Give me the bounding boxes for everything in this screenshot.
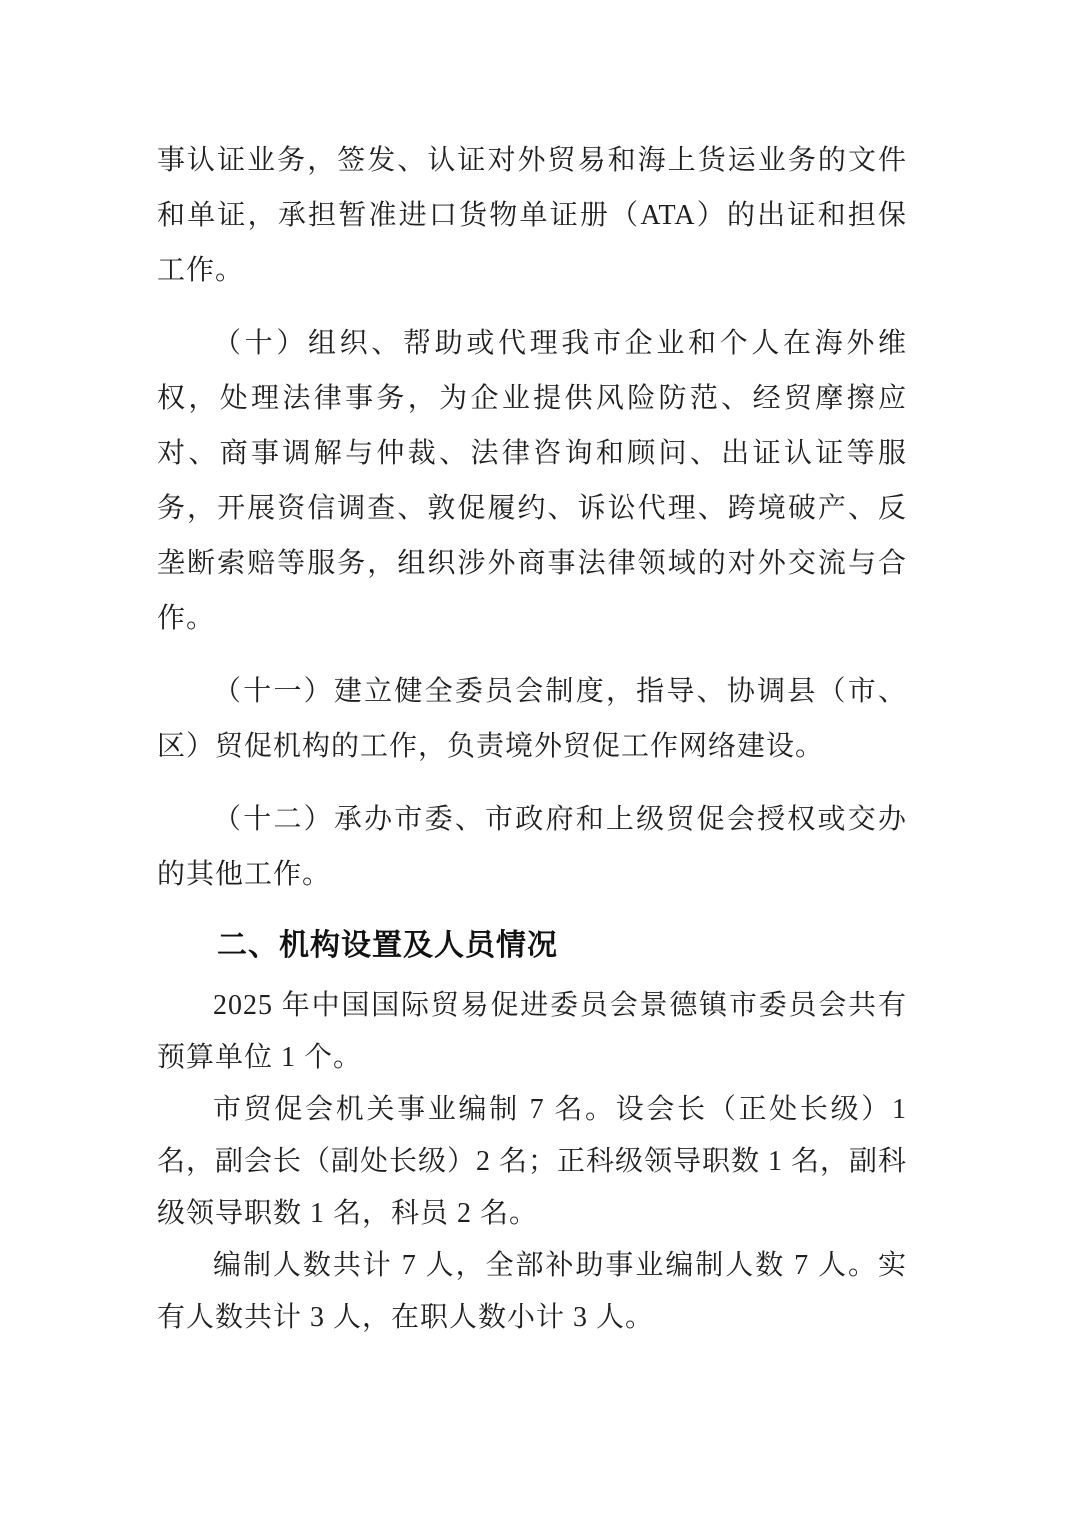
paragraph-item-12: （十二）承办市委、市政府和上级贸促会授权或交办的其他工作。 <box>157 792 907 902</box>
paragraph-staffing-establishment: 市贸促会机关事业编制 7 名。设会长（正处长级）1 名，副会长（副处长级）2 名… <box>157 1084 907 1240</box>
section-heading-organization-staffing: 二、机构设置及人员情况 <box>157 922 907 970</box>
document-page: 事认证业务，签发、认证对外贸易和海上货运业务的文件和单证，承担暂准进口货物单证册… <box>0 0 1074 1520</box>
paragraph-item-11: （十一）建立健全委员会制度，指导、协调县（市、区）贸促机构的工作，负责境外贸促工… <box>157 664 907 774</box>
paragraph-headcount-summary: 编制人数共计 7 人，全部补助事业编制人数 7 人。实有人数共计 3 人，在职人… <box>157 1240 907 1344</box>
paragraph-budget-units: 2025 年中国国际贸易促进委员会景德镇市委员会共有预算单位 1 个。 <box>157 980 907 1084</box>
paragraph-item-10: （十）组织、帮助或代理我市企业和个人在海外维权，处理法律事务，为企业提供风险防范… <box>157 316 907 646</box>
paragraph-continuation: 事认证业务，签发、认证对外贸易和海上货运业务的文件和单证，承担暂准进口货物单证册… <box>157 133 907 298</box>
